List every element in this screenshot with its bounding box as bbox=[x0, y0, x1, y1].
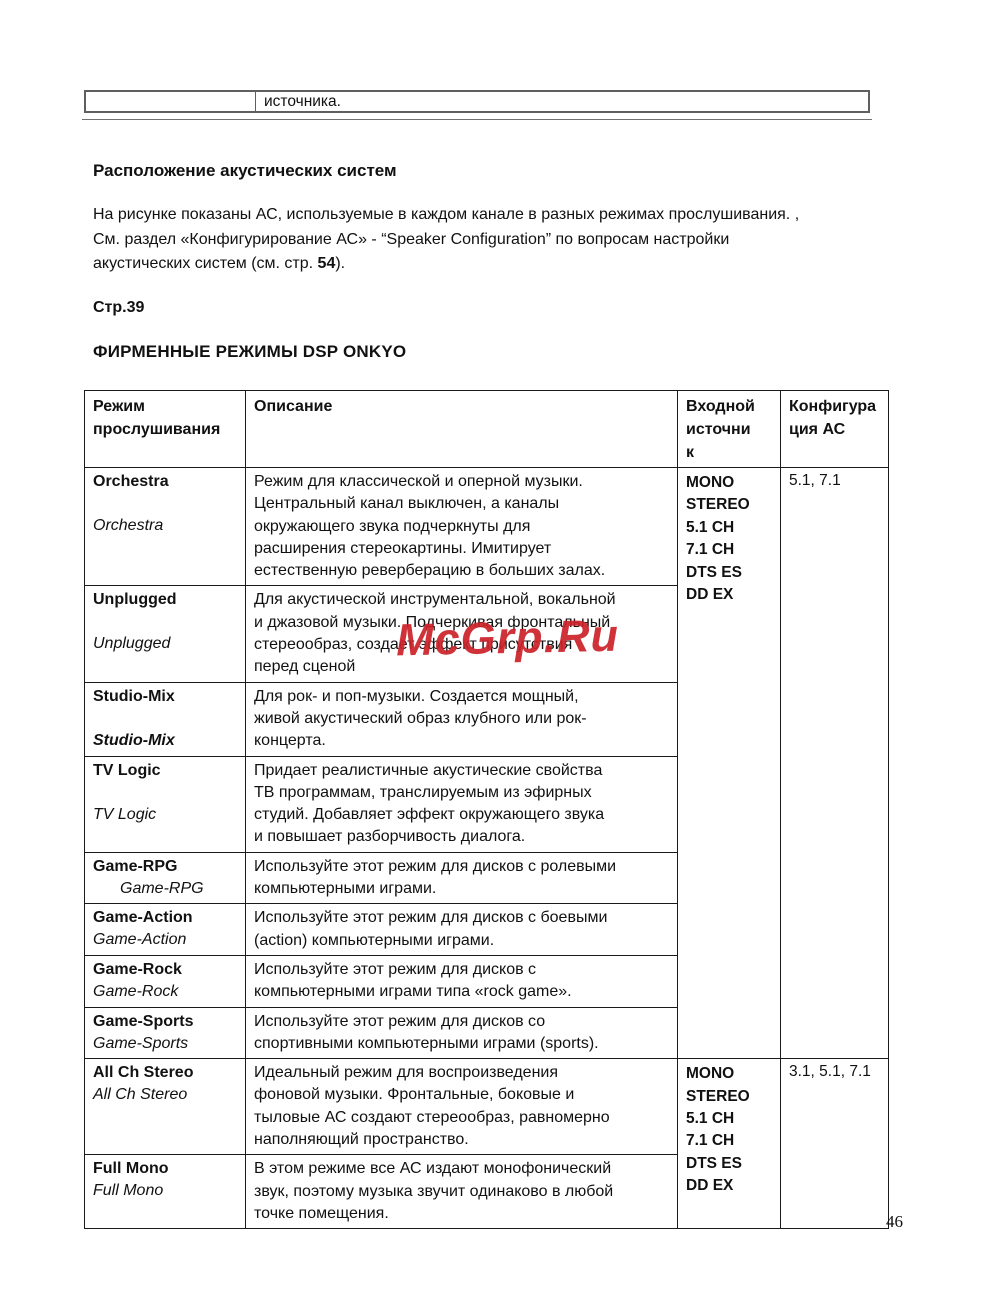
mode-description: Придает реалистичные акустические свойст… bbox=[246, 756, 678, 852]
top-table-underline bbox=[82, 119, 872, 120]
mode-cell-unplugged: Unplugged Unplugged bbox=[85, 586, 246, 682]
mode-alt-name: Unplugged bbox=[93, 633, 237, 655]
mode-description: Используйте этот режим для дисков с роле… bbox=[246, 852, 678, 904]
mode-cell-game-sports: Game-Sports Game-Sports bbox=[85, 1007, 246, 1059]
column-header-mode: Режим прослушивания bbox=[85, 391, 246, 468]
mode-cell-full-mono: Full Mono Full Mono bbox=[85, 1155, 246, 1229]
mode-description: Используйте этот режим для дисков с боев… bbox=[246, 904, 678, 956]
mode-cell-tv-logic: TV Logic TV Logic bbox=[85, 756, 246, 852]
page-reference-number: 54 bbox=[318, 255, 336, 272]
mode-cell-all-ch-stereo: All Ch Stereo All Ch Stereo bbox=[85, 1059, 246, 1155]
input-sources-group1: MONO STEREO 5.1 CH 7.1 CH DTS ES DD EX bbox=[678, 468, 781, 1059]
column-header-input-source: Входной источни к bbox=[678, 391, 781, 468]
mode-name: Full Mono bbox=[93, 1158, 237, 1180]
mode-name: Unplugged bbox=[93, 589, 237, 611]
mode-cell-game-rock: Game-Rock Game-Rock bbox=[85, 955, 246, 1007]
mode-cell-game-action: Game-Action Game-Action bbox=[85, 904, 246, 956]
top-table-fragment: источника. bbox=[84, 90, 870, 113]
mode-cell-game-rpg: Game-RPG Game-RPG bbox=[85, 852, 246, 904]
source-page-label: Стр.39 bbox=[93, 299, 144, 317]
column-header-description: Описание bbox=[246, 391, 678, 468]
mode-description: Для акустической инструментальной, вокал… bbox=[246, 586, 678, 682]
mode-description: Режим для классической и оперной музыки.… bbox=[246, 468, 678, 586]
table-row: All Ch Stereo All Ch Stereo Идеальный ре… bbox=[85, 1059, 889, 1155]
paragraph-line-3: акустических систем (см. стр. bbox=[93, 255, 318, 272]
document-page: источника. Расположение акустических сис… bbox=[0, 0, 1000, 1294]
dsp-modes-table: Режим прослушивания Описание Входной ист… bbox=[84, 390, 889, 1229]
mode-description: В этом режиме все АС издают монофоническ… bbox=[246, 1155, 678, 1229]
paragraph-line-3-end: ). bbox=[335, 255, 345, 272]
column-header-speaker-config: Конфигура ция АС bbox=[781, 391, 889, 468]
heading-speaker-placement: Расположение акустических систем bbox=[93, 161, 397, 181]
mode-name: Orchestra bbox=[93, 471, 237, 493]
mode-alt-name: Game-Action bbox=[93, 929, 237, 951]
table-header-row: Режим прослушивания Описание Входной ист… bbox=[85, 391, 889, 468]
top-table-text: источника. bbox=[264, 93, 341, 110]
mode-name: All Ch Stereo bbox=[93, 1062, 237, 1084]
heading-dsp-modes: ФИРМЕННЫЕ РЕЖИМЫ DSP ONKYO bbox=[93, 342, 406, 362]
input-sources-group2: MONO STEREO 5.1 CH 7.1 CH DTS ES DD EX bbox=[678, 1059, 781, 1229]
mode-alt-name: Game-Rock bbox=[93, 981, 237, 1003]
mode-cell-studio-mix: Studio-Mix Studio-Mix bbox=[85, 682, 246, 756]
mode-alt-name: All Ch Stereo bbox=[93, 1084, 237, 1106]
mode-description: Используйте этот режим для дисков с комп… bbox=[246, 955, 678, 1007]
speaker-config-group1: 5.1, 7.1 bbox=[781, 468, 889, 1059]
top-table-empty-cell bbox=[86, 92, 256, 111]
speaker-config-group2: 3.1, 5.1, 7.1 bbox=[781, 1059, 889, 1229]
paragraph-line-2: См. раздел «Конфигурирование АС» - “Spea… bbox=[93, 231, 729, 248]
intro-paragraph: На рисунке показаны АС, используемые в к… bbox=[93, 203, 923, 277]
mode-alt-name: Full Mono bbox=[93, 1180, 237, 1202]
paragraph-line-1: На рисунке показаны АС, используемые в к… bbox=[93, 206, 799, 223]
mode-name: Game-Sports bbox=[93, 1011, 237, 1033]
mode-description: Используйте этот режим для дисков со спо… bbox=[246, 1007, 678, 1059]
mode-alt-name: Game-RPG bbox=[93, 878, 237, 900]
mode-description: Для рок- и поп-музыки. Создается мощный,… bbox=[246, 682, 678, 756]
top-table-text-cell: источника. bbox=[256, 92, 868, 111]
mode-name: Studio-Mix bbox=[93, 686, 237, 708]
mode-name: Game-Action bbox=[93, 907, 237, 929]
mode-description: Идеальный режим для воспроизведения фоно… bbox=[246, 1059, 678, 1155]
mode-alt-name: Game-Sports bbox=[93, 1033, 237, 1055]
mode-name: TV Logic bbox=[93, 760, 237, 782]
mode-alt-name: TV Logic bbox=[93, 804, 237, 826]
mode-cell-orchestra: Orchestra Orchestra bbox=[85, 468, 246, 586]
page-number: 46 bbox=[886, 1212, 903, 1232]
mode-alt-name: Studio-Mix bbox=[93, 730, 237, 752]
mode-name: Game-Rock bbox=[93, 959, 237, 981]
table-row: Orchestra Orchestra Режим для классическ… bbox=[85, 468, 889, 586]
mode-name: Game-RPG bbox=[93, 856, 237, 878]
mode-alt-name: Orchestra bbox=[93, 515, 237, 537]
